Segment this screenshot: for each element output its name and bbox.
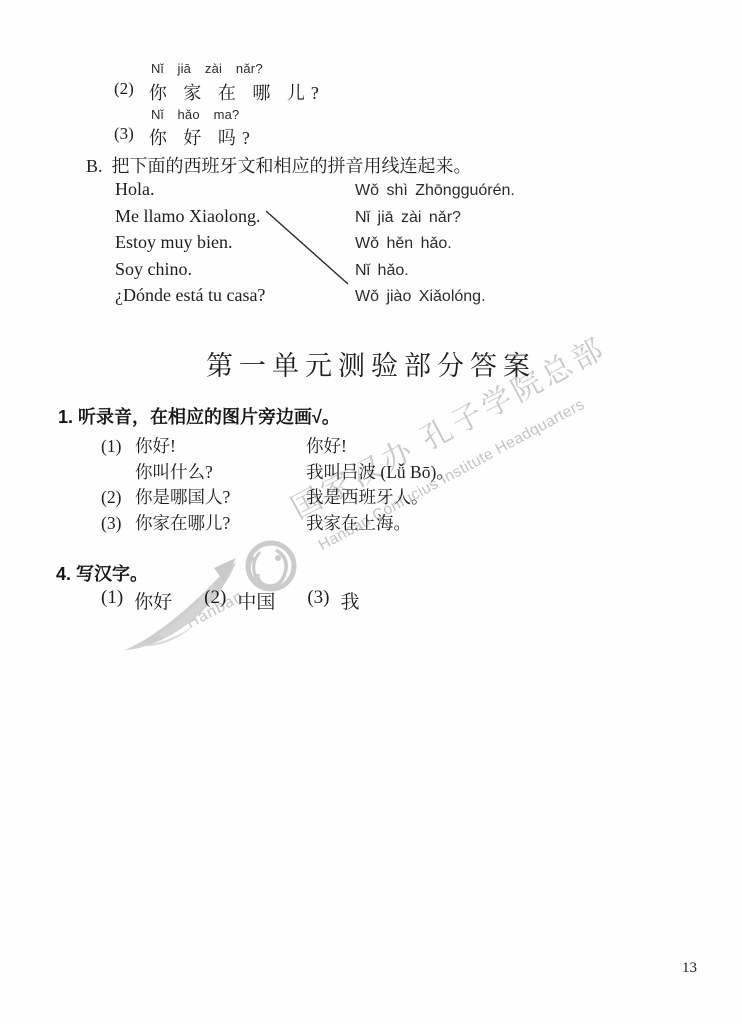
row-number: (1) [101, 587, 123, 614]
exercise-b-label: B. [86, 156, 103, 176]
answer-text: 我是西班牙人。 [306, 485, 429, 511]
listening-item: (3) 你 好 吗? [114, 124, 256, 150]
answer-text: 我 [341, 587, 360, 614]
row-number: (2) [204, 587, 226, 614]
question-text: 你家在哪儿? [135, 511, 306, 537]
spanish-phrase: Hola. [115, 176, 265, 203]
row-number: (2) [101, 485, 135, 511]
q4-answer-rows: (1) 你好 (2) 中国 (3) 我 [101, 587, 360, 614]
pinyin-phrase: Wǒ shì Zhōngguórén. [355, 178, 515, 205]
pinyin-phrase: Wǒ hěn hǎo. [355, 231, 515, 258]
page-number: 13 [682, 960, 697, 977]
row-number [101, 460, 135, 486]
answer-text: 我叫吕波 (Lǚ Bō)。 [306, 460, 454, 486]
listening-item-hanzi: 你 好 吗? [149, 124, 256, 150]
answers-section-title: 第一单元测验部分答案 [0, 344, 742, 383]
answer-text: 我家在上海。 [306, 511, 411, 537]
answer-row: (1) 你好! 你好! [101, 434, 454, 460]
item-number: (2) [114, 79, 134, 105]
listening-item-pinyin: Nǐ hǎo ma? [151, 107, 239, 122]
q4-answer: (2) 中国 [204, 587, 275, 614]
workbook-page: 国家汉办 孔子学院总部 Hanban Confucius Institute H… [0, 0, 742, 1024]
page-content: Nǐ jiā zài nǎr? (2) 你 家 在 哪 儿? Nǐ hǎo ma… [0, 0, 742, 1024]
pinyin-phrase: Nǐ jiā zài nǎr? [355, 205, 515, 232]
exercise-b-instruction-text: 把下面的西班牙文和相应的拼音用线连起来。 [112, 156, 472, 176]
row-number: (3) [307, 587, 329, 614]
question-text: 你叫什么? [135, 460, 306, 486]
answer-text: 你好 [134, 587, 172, 614]
spanish-column: Hola. Me llamo Xiaolong. Estoy muy bien.… [115, 176, 265, 309]
match-line [266, 211, 348, 284]
q1-heading: 1. 听录音，在相应的图片旁边画√。 [58, 403, 340, 429]
listening-item: (2) 你 家 在 哪 儿? [114, 79, 325, 105]
question-text: 你好! [135, 434, 306, 460]
pinyin-phrase: Nǐ hǎo. [355, 258, 515, 285]
exercise-b-instruction: B.把下面的西班牙文和相应的拼音用线连起来。 [86, 152, 472, 178]
spanish-phrase: Soy chino. [115, 256, 265, 283]
q4-heading: 4. 写汉字。 [56, 560, 148, 586]
answer-text: 你好! [306, 434, 347, 460]
answer-row: (3) 你家在哪儿? 我家在上海。 [101, 511, 454, 537]
row-number: (3) [101, 511, 135, 537]
pinyin-column: Wǒ shì Zhōngguórén. Nǐ jiā zài nǎr? Wǒ h… [355, 178, 515, 311]
q1-answer-rows: (1) 你好! 你好! 你叫什么? 我叫吕波 (Lǚ Bō)。 (2) 你是哪国… [101, 434, 454, 536]
pinyin-phrase: Wǒ jiào Xiǎolóng. [355, 284, 515, 311]
item-number: (3) [114, 124, 134, 150]
answer-row: 你叫什么? 我叫吕波 (Lǚ Bō)。 [101, 460, 454, 486]
row-number: (1) [101, 434, 135, 460]
question-text: 你是哪国人? [135, 485, 306, 511]
spanish-phrase: ¿Dónde está tu casa? [115, 282, 265, 309]
q4-answer: (1) 你好 [101, 587, 172, 614]
spanish-phrase: Me llamo Xiaolong. [115, 203, 265, 230]
answer-text: 中国 [237, 587, 275, 614]
listening-item-pinyin: Nǐ jiā zài nǎr? [151, 61, 263, 76]
answer-row: (2) 你是哪国人? 我是西班牙人。 [101, 485, 454, 511]
q4-answer: (3) 我 [307, 587, 359, 614]
listening-item-hanzi: 你 家 在 哪 儿? [149, 79, 325, 105]
spanish-phrase: Estoy muy bien. [115, 229, 265, 256]
